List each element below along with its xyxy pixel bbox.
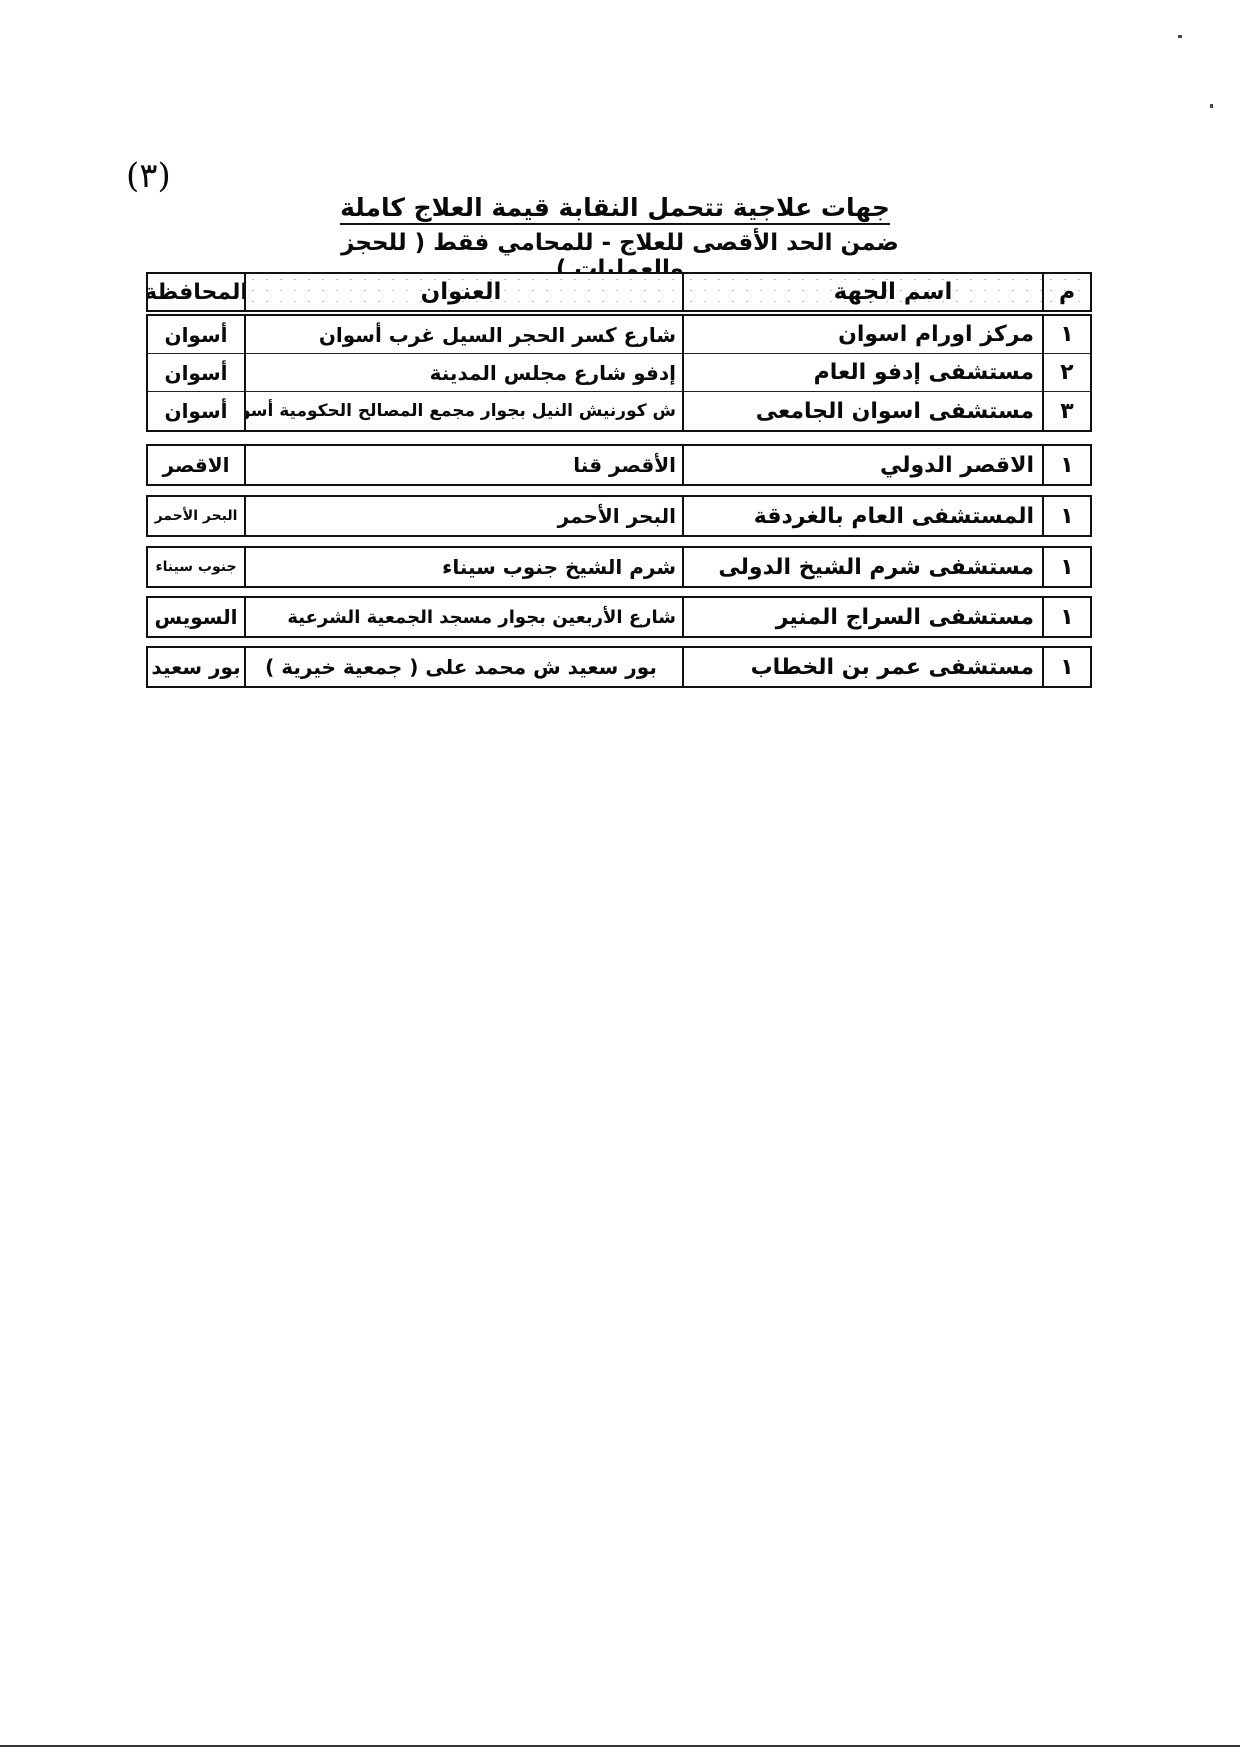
page-number: (٣) <box>126 156 171 196</box>
row-address: بور سعيد ش محمد على ( جمعية خيرية ) <box>244 648 682 686</box>
row-governorate: أسوان <box>148 392 244 430</box>
header-num: م <box>1042 274 1090 310</box>
table-row: ٢ مستشفى إدفو العام إدفو شارع مجلس المدي… <box>148 354 1090 392</box>
row-name: مستشفى شرم الشيخ الدولى <box>682 548 1042 586</box>
row-address: الأقصر قنا <box>244 446 682 484</box>
row-address: شارع الأربعين بجوار مسجد الجمعية الشرعية <box>244 598 682 636</box>
scan-artifact <box>1178 35 1182 38</box>
table-row: ٣ مستشفى اسوان الجامعى ش كورنيش النيل بج… <box>148 392 1090 430</box>
table-group-luxor: ١ الاقصر الدولي الأقصر قنا الاقصر <box>146 444 1092 486</box>
document-title-text: جهات علاجية تتحمل النقابة قيمة العلاج كا… <box>340 193 890 225</box>
document-title: جهات علاجية تتحمل النقابة قيمة العلاج كا… <box>330 193 900 222</box>
table-group-south-sinai: ١ مستشفى شرم الشيخ الدولى شرم الشيخ جنوب… <box>146 546 1092 588</box>
row-name: مستشفى عمر بن الخطاب <box>682 648 1042 686</box>
row-name: مستشفى السراج المنير <box>682 598 1042 636</box>
table-row: ١ الاقصر الدولي الأقصر قنا الاقصر <box>148 446 1090 484</box>
row-num: ١ <box>1042 497 1090 535</box>
header-name: اسم الجهة <box>682 274 1042 310</box>
table-group-suez: ١ مستشفى السراج المنير شارع الأربعين بجو… <box>146 596 1092 638</box>
table-group-port-said: ١ مستشفى عمر بن الخطاب بور سعيد ش محمد ع… <box>146 646 1092 688</box>
row-num: ٣ <box>1042 392 1090 430</box>
table-header: م اسم الجهة العنوان المحافظة <box>146 272 1092 312</box>
table-group-red-sea: ١ المستشفى العام بالغردقة البحر الأحمر ا… <box>146 495 1092 537</box>
row-num: ١ <box>1042 548 1090 586</box>
row-num: ١ <box>1042 598 1090 636</box>
row-governorate: الاقصر <box>148 446 244 484</box>
table-row: ١ مركز اورام اسوان شارع كسر الحجر السيل … <box>148 316 1090 354</box>
row-address: ش كورنيش النيل بجوار مجمع المصالح الحكوم… <box>244 392 682 430</box>
row-address: إدفو شارع مجلس المدينة <box>244 354 682 391</box>
row-address: البحر الأحمر <box>244 497 682 535</box>
row-num: ١ <box>1042 316 1090 353</box>
header-governorate: المحافظة <box>148 274 244 310</box>
table-group-aswan: ١ مركز اورام اسوان شارع كسر الحجر السيل … <box>146 314 1092 432</box>
row-governorate: بور سعيد <box>148 648 244 686</box>
row-num: ١ <box>1042 648 1090 686</box>
row-name: مستشفى اسوان الجامعى <box>682 392 1042 430</box>
row-name: الاقصر الدولي <box>682 446 1042 484</box>
table-row: ١ مستشفى السراج المنير شارع الأربعين بجو… <box>148 598 1090 636</box>
row-governorate: البحر الأحمر <box>148 497 244 535</box>
row-num: ٢ <box>1042 354 1090 391</box>
row-name: مركز اورام اسوان <box>682 316 1042 353</box>
header-address: العنوان <box>244 274 682 310</box>
table-row: ١ المستشفى العام بالغردقة البحر الأحمر ا… <box>148 497 1090 535</box>
row-address: شرم الشيخ جنوب سيناء <box>244 548 682 586</box>
table-row: ١ مستشفى شرم الشيخ الدولى شرم الشيخ جنوب… <box>148 548 1090 586</box>
row-name: مستشفى إدفو العام <box>682 354 1042 391</box>
row-num: ١ <box>1042 446 1090 484</box>
page-bottom-edge <box>0 1745 1240 1747</box>
table-row: ١ مستشفى عمر بن الخطاب بور سعيد ش محمد ع… <box>148 648 1090 686</box>
scan-artifact <box>1210 104 1213 108</box>
row-name: المستشفى العام بالغردقة <box>682 497 1042 535</box>
row-governorate: أسوان <box>148 316 244 353</box>
row-governorate: جنوب سيناء <box>148 548 244 586</box>
table-header-row: م اسم الجهة العنوان المحافظة <box>148 274 1090 310</box>
row-address: شارع كسر الحجر السيل غرب أسوان <box>244 316 682 353</box>
row-governorate: السويس <box>148 598 244 636</box>
row-governorate: أسوان <box>148 354 244 391</box>
